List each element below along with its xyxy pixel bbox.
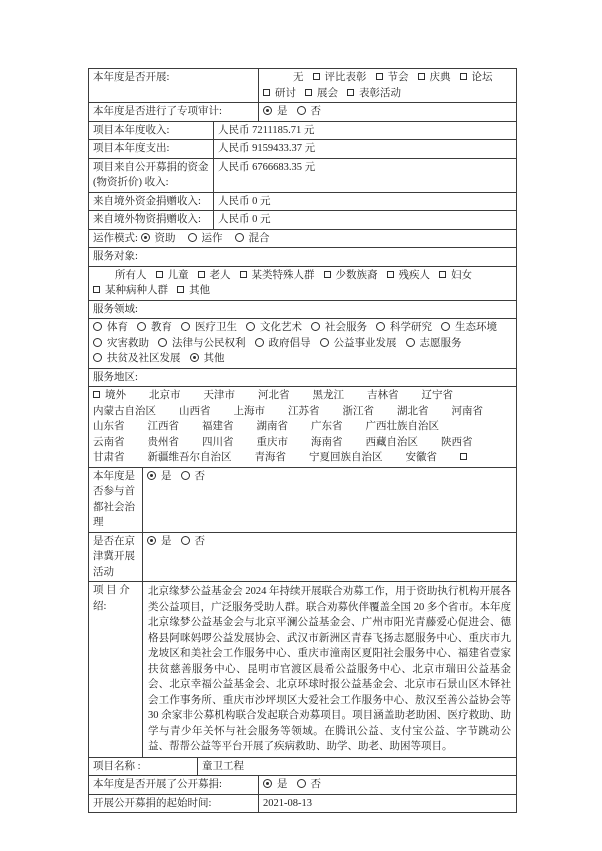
radio-unselected-icon[interactable] xyxy=(320,338,329,347)
option-label: 展会 xyxy=(317,88,338,99)
option-label: 是 xyxy=(277,106,288,117)
option-label: 内蒙古自治区 xyxy=(93,406,156,417)
row-public-fundraising: 本年度是否开展了公开募捐: 是否 xyxy=(89,775,516,794)
option-label: 江苏省 xyxy=(288,406,320,417)
option-label: 是 xyxy=(277,779,288,790)
option-label: 四川省 xyxy=(202,437,234,448)
radio-unselected-icon[interactable] xyxy=(297,106,306,115)
radio-unselected-icon[interactable] xyxy=(93,322,102,331)
service-area-label: 服务地区: xyxy=(89,369,516,387)
option-江苏省: 江苏省 xyxy=(288,404,320,420)
checkbox-unselected-icon[interactable] xyxy=(460,453,467,460)
option-label: 表彰活动 xyxy=(359,88,401,99)
option-label: 河北省 xyxy=(258,390,290,401)
checkbox-unselected-icon[interactable] xyxy=(177,286,184,293)
radio-selected-icon[interactable] xyxy=(263,106,272,115)
capital-governance-label: 本年度是否参与首都社会治理 xyxy=(89,468,143,532)
option-河南省: 河南省 xyxy=(452,404,484,420)
overseas-fund-label: 来自境外资金捐赠收入: xyxy=(89,193,214,211)
project-name-value: 童卫工程 xyxy=(198,758,516,776)
option-体育[interactable]: 体育 xyxy=(93,320,128,336)
option-是[interactable]: 是 xyxy=(147,469,172,485)
option-否[interactable]: 否 xyxy=(181,469,206,485)
option-福建省: 福建省 xyxy=(202,419,234,435)
service-target-options: 所有人儿童老人某类特殊人群少数族裔残疾人妇女某种病种人群其他 xyxy=(89,267,516,300)
option-label: 扶贫及社区发展 xyxy=(107,353,181,364)
option-残疾人[interactable]: 残疾人 xyxy=(387,268,431,284)
expense-label: 项目本年度支出: xyxy=(89,140,214,158)
option-label: 妇女 xyxy=(451,270,472,281)
row-annual-activities: 本年度是否开展: 无评比表彰节会庆典论坛研讨展会表彰活动 xyxy=(89,69,516,102)
option-论坛[interactable]: 论坛 xyxy=(460,70,493,86)
public-fundraising-label: 本年度是否开展了公开募捐: xyxy=(89,776,259,794)
row-operation-mode: 运作模式: 资助运作混合 xyxy=(89,229,516,248)
radio-unselected-icon[interactable] xyxy=(137,322,146,331)
option-云南省: 云南省 xyxy=(93,435,125,451)
radio-unselected-icon[interactable] xyxy=(246,322,255,331)
option-label: 辽宁省 xyxy=(422,390,454,401)
radio-unselected-icon[interactable] xyxy=(181,536,190,545)
public-income-label-line2: (物资折价) 收入: xyxy=(93,175,209,191)
option-妇女[interactable]: 妇女 xyxy=(439,268,472,284)
option-其他[interactable]: 其他 xyxy=(177,283,210,299)
checkbox-unselected-icon[interactable] xyxy=(387,271,394,278)
option-西藏自治区: 西藏自治区 xyxy=(366,435,419,451)
project-intro-label: 项 目 介 绍: xyxy=(89,582,143,757)
option-label: 其他 xyxy=(204,353,225,364)
checkbox-unselected-icon[interactable] xyxy=(93,286,100,293)
option-label: 广东省 xyxy=(311,421,343,432)
option-贵州省: 贵州省 xyxy=(148,435,180,451)
option-label: 所有人 xyxy=(115,270,147,281)
row-expense: 项目本年度支出: 人民币 9159433.37 元 xyxy=(89,139,516,158)
option-label: 青海省 xyxy=(255,452,287,463)
option-吉林省: 吉林省 xyxy=(367,388,399,404)
option-label: 残疾人 xyxy=(399,270,431,281)
option-医疗卫生[interactable]: 医疗卫生 xyxy=(181,320,237,336)
option-辽宁省: 辽宁省 xyxy=(422,388,454,404)
radio-selected-icon[interactable] xyxy=(147,536,156,545)
option-社会服务[interactable]: 社会服务 xyxy=(311,320,367,336)
operation-mode-label: 运作模式: xyxy=(93,233,138,244)
option-生态环境[interactable]: 生态环境 xyxy=(441,320,497,336)
row-service-target-header: 服务对象: xyxy=(89,247,516,266)
public-income-label-line1: 项目来自公开募捐的资金 xyxy=(93,160,209,176)
option-label: 其他 xyxy=(189,285,210,296)
option-label: 志愿服务 xyxy=(420,338,462,349)
option-label: 江西省 xyxy=(148,421,180,432)
option-label: 法律与公民权利 xyxy=(172,338,246,349)
option-label: 山东省 xyxy=(93,421,125,432)
option-扶贫及社区发展[interactable]: 扶贫及社区发展 xyxy=(93,351,181,367)
option-label: 某类特殊人群 xyxy=(252,270,315,281)
radio-unselected-icon[interactable] xyxy=(255,338,264,347)
option-评比表彰[interactable]: 评比表彰 xyxy=(313,70,367,86)
option-label: 北京市 xyxy=(149,390,181,401)
option-label: 湖南省 xyxy=(257,421,289,432)
option-儿童[interactable]: 儿童 xyxy=(156,268,189,284)
checkbox-unselected-icon[interactable] xyxy=(347,89,354,96)
row-special-audit: 本年度是否进行了专项审计: 是否 xyxy=(89,102,516,121)
special-audit-options: 是否 xyxy=(259,103,516,121)
option-陕西省: 陕西省 xyxy=(441,435,473,451)
overseas-goods-value: 人民币 0 元 xyxy=(214,211,516,229)
option-少数族裔[interactable]: 少数族裔 xyxy=(324,268,378,284)
jingjinji-label: 是否在京津冀开展活动 xyxy=(89,533,143,582)
option-label: 儿童 xyxy=(168,270,189,281)
option-label: 安徽省 xyxy=(406,452,438,463)
option-宁夏回族自治区: 宁夏回族自治区 xyxy=(309,450,383,466)
option-灾害救助[interactable]: 灾害救助 xyxy=(93,336,149,352)
option-label: 山西省 xyxy=(179,406,211,417)
row-overseas-fund: 来自境外资金捐赠收入: 人民币 0 元 xyxy=(89,192,516,211)
project-name-label: 项目名称 : xyxy=(89,758,198,776)
option-label: 灾害救助 xyxy=(107,338,149,349)
radio-selected-icon[interactable] xyxy=(263,779,272,788)
checkbox-unselected-icon[interactable] xyxy=(460,73,467,80)
option-label: 否 xyxy=(195,471,206,482)
option-label: 贵州省 xyxy=(148,437,180,448)
row-project-intro: 项 目 介 绍: 北京缘梦公益基金会 2024 年持续开展联合劝募工作，用于资助… xyxy=(89,581,516,757)
project-intro-text: 北京缘梦公益基金会 2024 年持续开展联合劝募工作，用于资助执行机构开展各类公… xyxy=(143,582,516,757)
public-fundraising-options: 是否 xyxy=(259,776,516,794)
option-label: 黑龙江 xyxy=(313,390,345,401)
option-山西省: 山西省 xyxy=(179,404,211,420)
option-山东省: 山东省 xyxy=(93,419,125,435)
option-某种病种人群[interactable]: 某种病种人群 xyxy=(93,283,168,299)
option-安徽省: 安徽省 xyxy=(406,450,438,466)
option-label: 天津市 xyxy=(204,390,236,401)
option-label: 论坛 xyxy=(472,72,493,83)
option-label: 教育 xyxy=(151,322,172,333)
checkbox-unselected-icon[interactable] xyxy=(418,73,425,80)
option-广西壮族自治区: 广西壮族自治区 xyxy=(366,419,440,435)
option-label: 混合 xyxy=(249,233,270,244)
option-运作[interactable]: 运作 xyxy=(188,231,223,247)
option-label: 节会 xyxy=(388,72,409,83)
annual-activities-options: 无评比表彰节会庆典论坛研讨展会表彰活动 xyxy=(259,69,516,102)
option-政府倡导[interactable]: 政府倡导 xyxy=(255,336,311,352)
option-混合[interactable]: 混合 xyxy=(235,231,270,247)
option-label: 研讨 xyxy=(275,88,296,99)
option-label: 少数族裔 xyxy=(336,270,378,281)
option-label: 文化艺术 xyxy=(260,322,302,333)
option-河北省: 河北省 xyxy=(258,388,290,404)
checkbox-unselected-icon[interactable] xyxy=(439,271,446,278)
option-label: 湖北省 xyxy=(397,406,429,417)
option-label: 评比表彰 xyxy=(325,72,367,83)
radio-unselected-icon[interactable] xyxy=(311,322,320,331)
option-label: 体育 xyxy=(107,322,128,333)
checkbox-unselected-icon[interactable] xyxy=(305,89,312,96)
row-overseas-goods: 来自境外物资捐赠收入: 人民币 0 元 xyxy=(89,210,516,229)
row-fundraising-start: 开展公开募捐的起始时间: 2021-08-13 xyxy=(89,794,516,813)
row-public-income: 项目来自公开募捐的资金 (物资折价) 收入: 人民币 6766683.35 元 xyxy=(89,158,516,192)
option-海南省: 海南省 xyxy=(311,435,343,451)
overseas-fund-value: 人民币 0 元 xyxy=(214,193,516,211)
option-label: 生态环境 xyxy=(455,322,497,333)
option-label: 某种病种人群 xyxy=(105,285,168,296)
radio-unselected-icon[interactable] xyxy=(441,322,450,331)
checkbox-unselected-icon[interactable] xyxy=(198,271,205,278)
option-label: 否 xyxy=(311,779,322,790)
option-label: 陕西省 xyxy=(441,437,473,448)
option-否[interactable]: 否 xyxy=(297,777,322,793)
option-label: 西藏自治区 xyxy=(366,437,419,448)
checkbox-unselected-icon[interactable] xyxy=(263,89,270,96)
option-label: 科学研究 xyxy=(390,322,432,333)
option-label: 广西壮族自治区 xyxy=(366,421,440,432)
option-教育[interactable]: 教育 xyxy=(137,320,172,336)
expense-value: 人民币 9159433.37 元 xyxy=(214,140,516,158)
operation-mode-options: 资助运作混合 xyxy=(141,233,282,244)
operation-mode-cell: 运作模式: 资助运作混合 xyxy=(89,230,516,248)
row-income: 项目本年度收入: 人民币 7211185.71 元 xyxy=(89,121,516,140)
option-甘肃省: 甘肃省 xyxy=(93,450,125,466)
jingjinji-options: 是否 xyxy=(143,533,516,582)
option-科学研究[interactable]: 科学研究 xyxy=(376,320,432,336)
option-公益事业发展[interactable]: 公益事业发展 xyxy=(320,336,397,352)
document-page: 本年度是否开展: 无评比表彰节会庆典论坛研讨展会表彰活动 本年度是否进行了专项审… xyxy=(0,0,602,851)
option-文化艺术[interactable]: 文化艺术 xyxy=(246,320,302,336)
option-label: 是 xyxy=(161,536,172,547)
option-湖南省: 湖南省 xyxy=(257,419,289,435)
public-income-label: 项目来自公开募捐的资金 (物资折价) 收入: xyxy=(89,159,214,192)
service-target-label: 服务对象: xyxy=(89,248,516,266)
option-天津市: 天津市 xyxy=(204,388,236,404)
option-label: 重庆市 xyxy=(257,437,289,448)
annual-report-form-table: 本年度是否开展: 无评比表彰节会庆典论坛研讨展会表彰活动 本年度是否进行了专项审… xyxy=(88,68,517,813)
option-江西省: 江西省 xyxy=(148,419,180,435)
option-label: 河南省 xyxy=(452,406,484,417)
option-浙江省: 浙江省 xyxy=(343,404,375,420)
radio-unselected-icon[interactable] xyxy=(376,322,385,331)
option-否[interactable]: 否 xyxy=(297,104,322,120)
option-label: 否 xyxy=(195,536,206,547)
option-新疆维吾尔自治区: 新疆维吾尔自治区 xyxy=(148,450,232,466)
service-area-options: 境外北京市天津市河北省黑龙江吉林省辽宁省内蒙古自治区山西省上海市江苏省浙江省湖北… xyxy=(89,387,516,467)
option-无: 无 xyxy=(293,70,304,86)
radio-unselected-icon[interactable] xyxy=(93,338,102,347)
option-label: 否 xyxy=(311,106,322,117)
option-上海市: 上海市 xyxy=(234,404,266,420)
capital-governance-options: 是否 xyxy=(143,468,516,532)
option-label: 无 xyxy=(293,72,304,83)
option-老人[interactable]: 老人 xyxy=(198,268,231,284)
radio-unselected-icon[interactable] xyxy=(158,338,167,347)
option-label: 公益事业发展 xyxy=(334,338,397,349)
radio-unselected-icon[interactable] xyxy=(235,233,244,242)
radio-unselected-icon[interactable] xyxy=(188,233,197,242)
row-service-target-options: 所有人儿童老人某类特殊人群少数族裔残疾人妇女某种病种人群其他 xyxy=(89,266,516,300)
row-service-field-options: 体育教育医疗卫生文化艺术社会服务科学研究生态环境灾害救助法律与公民权利政府倡导公… xyxy=(89,318,516,368)
option-湖北省: 湖北省 xyxy=(397,404,429,420)
option-label: 老人 xyxy=(210,270,231,281)
option-某类特殊人群[interactable]: 某类特殊人群 xyxy=(240,268,315,284)
option-其他[interactable]: 其他 xyxy=(190,351,225,367)
radio-unselected-icon[interactable] xyxy=(181,471,190,480)
option-节会[interactable]: 节会 xyxy=(376,70,409,86)
option-黑龙江: 黑龙江 xyxy=(313,388,345,404)
option-label: 是 xyxy=(161,471,172,482)
option-广东省: 广东省 xyxy=(311,419,343,435)
option-四川省: 四川省 xyxy=(202,435,234,451)
row-service-area-header: 服务地区: xyxy=(89,368,516,387)
checkbox-unselected-icon[interactable] xyxy=(376,73,383,80)
option-否[interactable]: 否 xyxy=(181,534,206,550)
option-label: 医疗卫生 xyxy=(195,322,237,333)
row-service-area-options: 境外北京市天津市河北省黑龙江吉林省辽宁省内蒙古自治区山西省上海市江苏省浙江省湖北… xyxy=(89,386,516,467)
radio-unselected-icon[interactable] xyxy=(181,322,190,331)
option-是[interactable]: 是 xyxy=(147,534,172,550)
overseas-goods-label: 来自境外物资捐赠收入: xyxy=(89,211,214,229)
public-income-value: 人民币 6766683.35 元 xyxy=(214,159,516,192)
annual-activities-label: 本年度是否开展: xyxy=(89,69,259,102)
option-研讨[interactable]: 研讨 xyxy=(263,86,296,102)
option-是[interactable]: 是 xyxy=(263,777,288,793)
row-jingjinji-activity: 是否在京津冀开展活动 是否 xyxy=(89,532,516,582)
radio-unselected-icon[interactable] xyxy=(297,779,306,788)
option-label: 境外 xyxy=(105,390,126,401)
option-label: 甘肃省 xyxy=(93,452,125,463)
fundraising-start-label: 开展公开募捐的起始时间: xyxy=(89,795,259,813)
income-value: 人民币 7211185.71 元 xyxy=(214,122,516,140)
option-label: 浙江省 xyxy=(343,406,375,417)
radio-unselected-icon[interactable] xyxy=(93,353,102,362)
option-box[interactable] xyxy=(460,450,472,466)
option-label: 运作 xyxy=(202,233,223,244)
option-label: 宁夏回族自治区 xyxy=(309,452,383,463)
option-北京市: 北京市 xyxy=(149,388,181,404)
option-label: 云南省 xyxy=(93,437,125,448)
option-资助[interactable]: 资助 xyxy=(141,231,176,247)
option-label: 新疆维吾尔自治区 xyxy=(148,452,232,463)
radio-selected-icon[interactable] xyxy=(190,353,199,362)
option-展会[interactable]: 展会 xyxy=(305,86,338,102)
row-service-field-header: 服务领域: xyxy=(89,300,516,319)
option-庆典[interactable]: 庆典 xyxy=(418,70,451,86)
checkbox-unselected-icon[interactable] xyxy=(240,271,247,278)
option-是[interactable]: 是 xyxy=(263,104,288,120)
option-境外[interactable]: 境外 xyxy=(93,388,126,404)
option-label: 政府倡导 xyxy=(269,338,311,349)
radio-unselected-icon[interactable] xyxy=(406,338,415,347)
option-label: 庆典 xyxy=(430,72,451,83)
option-label: 上海市 xyxy=(234,406,266,417)
option-label: 福建省 xyxy=(202,421,234,432)
option-表彰活动[interactable]: 表彰活动 xyxy=(347,86,401,102)
row-capital-governance: 本年度是否参与首都社会治理 是否 xyxy=(89,467,516,532)
option-label: 海南省 xyxy=(311,437,343,448)
option-label: 资助 xyxy=(155,233,176,244)
option-志愿服务[interactable]: 志愿服务 xyxy=(406,336,462,352)
special-audit-label: 本年度是否进行了专项审计: xyxy=(89,103,259,121)
checkbox-unselected-icon[interactable] xyxy=(93,391,100,398)
service-field-options: 体育教育医疗卫生文化艺术社会服务科学研究生态环境灾害救助法律与公民权利政府倡导公… xyxy=(89,319,516,368)
checkbox-unselected-icon[interactable] xyxy=(156,271,163,278)
option-label: 吉林省 xyxy=(367,390,399,401)
row-project-name: 项目名称 : 童卫工程 xyxy=(89,757,516,776)
income-label: 项目本年度收入: xyxy=(89,122,214,140)
radio-selected-icon[interactable] xyxy=(147,471,156,480)
option-所有人: 所有人 xyxy=(115,268,147,284)
checkbox-unselected-icon[interactable] xyxy=(324,271,331,278)
option-法律与公民权利[interactable]: 法律与公民权利 xyxy=(158,336,246,352)
radio-selected-icon[interactable] xyxy=(141,233,150,242)
option-重庆市: 重庆市 xyxy=(257,435,289,451)
option-内蒙古自治区: 内蒙古自治区 xyxy=(93,404,156,420)
fundraising-start-value: 2021-08-13 xyxy=(259,795,516,813)
option-label: 社会服务 xyxy=(325,322,367,333)
option-青海省: 青海省 xyxy=(255,450,287,466)
service-field-label: 服务领域: xyxy=(89,301,516,319)
checkbox-unselected-icon[interactable] xyxy=(313,73,320,80)
